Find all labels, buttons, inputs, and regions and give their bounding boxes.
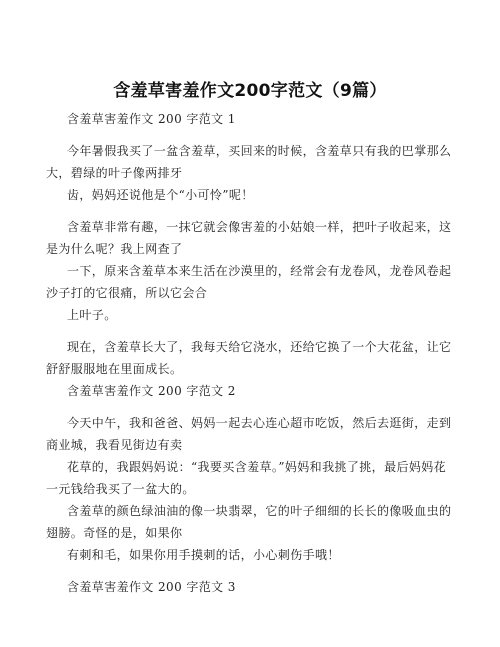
paragraph: 有刺和毛，如果你用手摸刺的话，小心刺伤手哦！ xyxy=(46,544,456,566)
paragraph: 齿，妈妈还说他是个“小可怜”呢！ xyxy=(46,184,456,206)
paragraph: 今天中午，我和爸爸、妈妈一起去心连心超市吃饭，然后去逛街，走到商业城，我看见街边… xyxy=(46,412,456,456)
paragraph: 今年暑假我买了一盆含羞草，买回来的时候，含羞草只有我的巴掌那么大，碧绿的叶子像两… xyxy=(46,140,456,184)
paragraph: 含羞草非常有趣，一抹它就会像害羞的小姑娘一样，把叶子收起来，这是为什么呢？我上网… xyxy=(46,216,456,260)
paragraph: 花草的，我跟妈妈说：“我要买含羞草。”妈妈和我挑了挑，最后妈妈花一元钱给我买了一… xyxy=(46,456,456,500)
paragraph: 一下，原来含羞草本来生活在沙漠里的，经常会有龙卷风，龙卷风卷起沙子打的它很痛，所… xyxy=(46,260,456,304)
section-heading: 含羞草害羞作文 200 字范文 2 xyxy=(46,380,456,402)
section-heading: 含羞草害羞作文 200 字范文 1 xyxy=(46,108,456,130)
paragraph: 上叶子。 xyxy=(46,304,456,326)
paragraph: 含羞草的颜色绿油油的像一块翡翠，它的叶子细细的长长的像吸血虫的翅膀。奇怪的是，如… xyxy=(46,500,456,544)
document-title: 含羞草害羞作文200字范文（9篇） xyxy=(0,76,500,101)
paragraph: 现在，含羞草长大了，我每天给它浇水，还给它换了一个大花盆，让它舒舒服服地在里面成… xyxy=(46,336,456,380)
document-page: 含羞草害羞作文200字范文（9篇） 含羞草害羞作文 200 字范文 1今年暑假我… xyxy=(0,0,500,647)
section-heading: 含羞草害羞作文 200 字范文 3 xyxy=(46,576,456,598)
